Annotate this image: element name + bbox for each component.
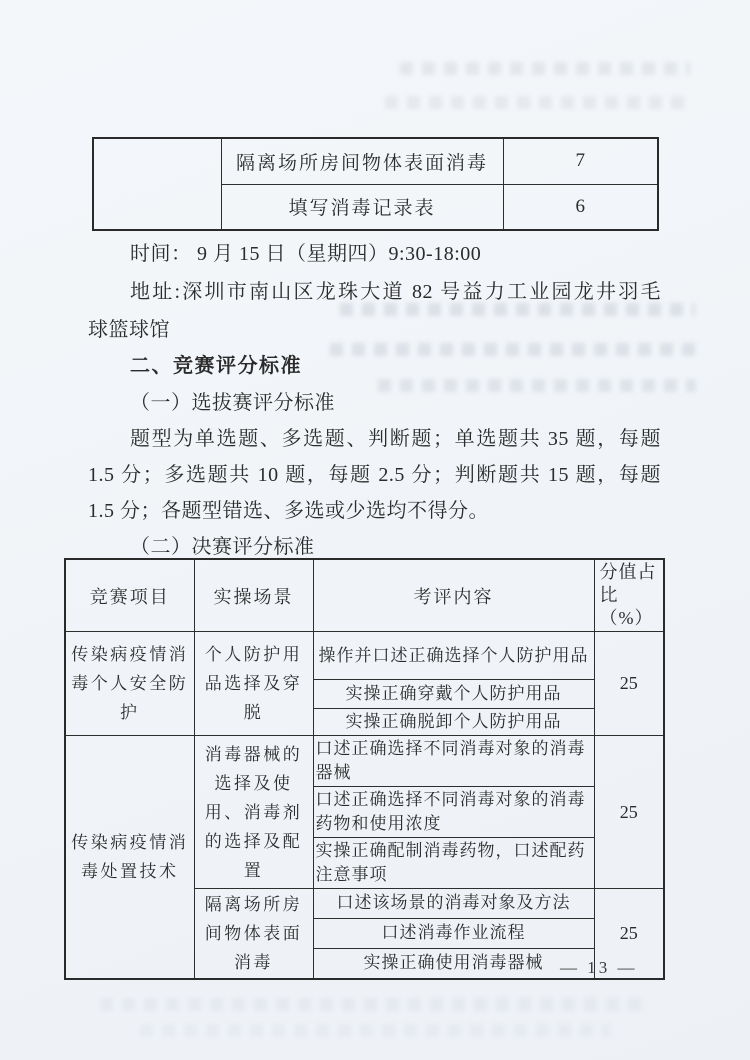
merged-blank-cell bbox=[93, 138, 221, 230]
time-line: 时间： 9 月 15 日（星期四）9:30-18:00 bbox=[88, 239, 661, 269]
column-header: 考评内容 bbox=[313, 559, 594, 632]
page-number: — 13 — bbox=[560, 958, 638, 978]
score-cell: 25 bbox=[594, 736, 664, 889]
score-cell: 6 bbox=[503, 184, 658, 230]
project-cell: 传染病疫情消毒处置技术 bbox=[65, 736, 194, 980]
scene-cell: 消毒器械的选择及使用、消毒剂的选择及配置 bbox=[194, 736, 313, 889]
address-line: 地址:深圳市南山区龙珠大道 82 号益力工业园龙井羽毛 bbox=[88, 277, 661, 307]
bleed-through-mark bbox=[385, 96, 690, 109]
criteria-cell: 实操正确配制消毒药物，口述配药注意事项 bbox=[313, 838, 594, 889]
header-row: 竞赛项目 实操场景 考评内容 分值占比（%） bbox=[65, 559, 664, 632]
subsection-heading: （一）选拔赛评分标准 bbox=[88, 388, 661, 418]
bleed-through-mark bbox=[140, 1024, 610, 1037]
address-line: 球篮球馆 bbox=[88, 315, 661, 345]
table-row: 传染病疫情消毒个人安全防护 个人防护用品选择及穿脱 操作并口述正确选择个人防护用… bbox=[65, 632, 664, 680]
criteria-cell: 口述正确选择不同消毒对象的消毒器械 bbox=[313, 736, 594, 787]
criteria-cell: 实操正确穿戴个人防护用品 bbox=[313, 680, 594, 709]
scene-cell: 个人防护用品选择及穿脱 bbox=[194, 632, 313, 736]
scene-cell: 隔离场所房间物体表面消毒 bbox=[194, 889, 313, 980]
criteria-cell: 口述该场景的消毒对象及方法 bbox=[313, 889, 594, 919]
task-cell: 填写消毒记录表 bbox=[221, 184, 503, 230]
bleed-through-mark bbox=[400, 62, 690, 75]
table-row: 隔离场所房间物体表面消毒 7 bbox=[93, 138, 658, 184]
column-header: 分值占比（%） bbox=[594, 559, 664, 632]
criteria-cell: 操作并口述正确选择个人防护用品 bbox=[313, 632, 594, 680]
criteria-cell: 口述消毒作业流程 bbox=[313, 918, 594, 948]
document-page: 隔离场所房间物体表面消毒 7 填写消毒记录表 6 时间： 9 月 15 日（星期… bbox=[0, 0, 750, 1060]
score-cell: 25 bbox=[594, 632, 664, 736]
task-cell: 隔离场所房间物体表面消毒 bbox=[221, 138, 503, 184]
column-header: 竞赛项目 bbox=[65, 559, 194, 632]
paragraph-line: 1.5 分；各题型错选、多选或少选均不得分。 bbox=[88, 496, 661, 526]
score-table: 竞赛项目 实操场景 考评内容 分值占比（%） 传染病疫情消毒个人安全防护 个人防… bbox=[64, 558, 665, 980]
criteria-cell: 实操正确脱卸个人防护用品 bbox=[313, 709, 594, 736]
table-row: 传染病疫情消毒处置技术 消毒器械的选择及使用、消毒剂的选择及配置 口述正确选择不… bbox=[65, 736, 664, 787]
paragraph-line: 1.5 分；多选题共 10 题，每题 2.5 分；判断题共 15 题，每题 bbox=[88, 460, 661, 490]
time-text: 时间： 9 月 15 日（星期四）9:30-18:00 bbox=[130, 243, 481, 265]
continuation-table: 隔离场所房间物体表面消毒 7 填写消毒记录表 6 bbox=[92, 137, 659, 231]
project-cell: 传染病疫情消毒个人安全防护 bbox=[65, 632, 194, 736]
paragraph-line: 题型为单选题、多选题、判断题；单选题共 35 题，每题 bbox=[88, 424, 661, 454]
section-heading: 二、竞赛评分标准 bbox=[88, 351, 661, 381]
column-header: 实操场景 bbox=[194, 559, 313, 632]
bleed-through-mark bbox=[100, 998, 650, 1011]
criteria-cell: 口述正确选择不同消毒对象的消毒药物和使用浓度 bbox=[313, 787, 594, 838]
criteria-cell: 实操正确使用消毒器械 bbox=[313, 948, 594, 979]
score-cell: 7 bbox=[503, 138, 658, 184]
